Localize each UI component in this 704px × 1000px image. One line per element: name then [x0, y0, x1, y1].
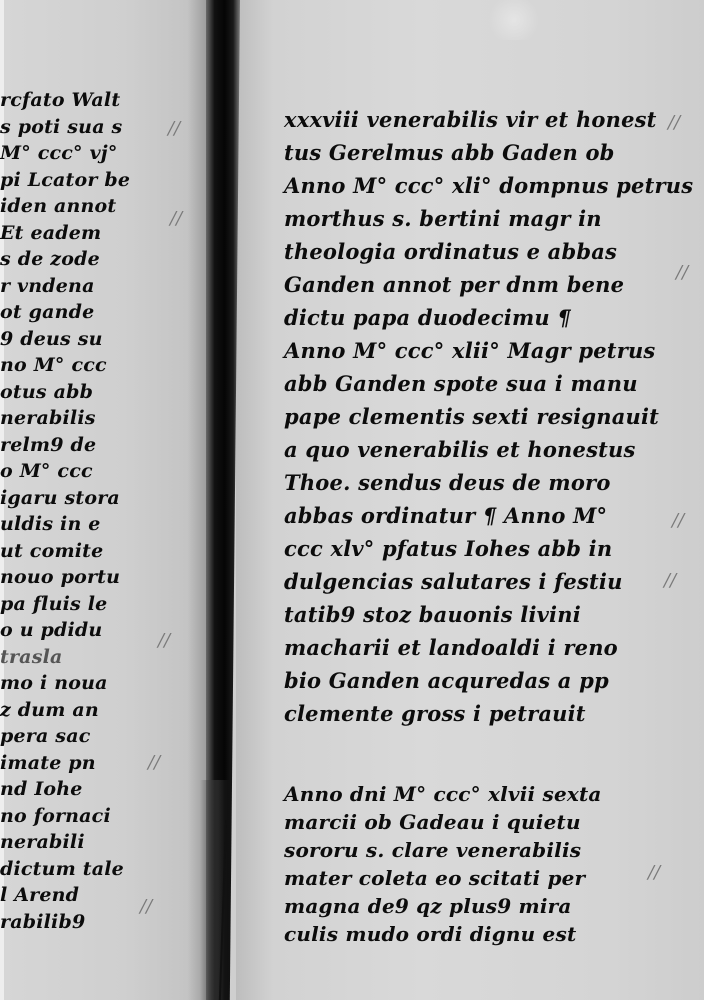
- right-line: Anno M° ccc° xlii° Magr petrus: [284, 334, 693, 367]
- gutter-shadow: [200, 780, 230, 1000]
- margin-mark: //: [170, 208, 182, 229]
- left-line: o M° ccc: [0, 458, 130, 485]
- left-line: Et eadem: [0, 220, 130, 247]
- right-line: mater coleta eo scitati per: [284, 864, 602, 892]
- right-line: Anno M° ccc° xli° dompnus petrus: [284, 169, 693, 202]
- left-line: uldis in e: [0, 511, 130, 538]
- right-line: dictu papa duodecimu ¶: [284, 301, 693, 334]
- left-line: no fornaci: [0, 803, 130, 830]
- margin-mark: //: [668, 112, 680, 133]
- left-line: rabilib9: [0, 909, 130, 936]
- margin-mark: //: [158, 630, 170, 651]
- right-line: morthus s. bertini magr in: [284, 202, 693, 235]
- right-line: tus Gerelmus abb Gaden ob: [284, 136, 693, 169]
- left-line: trasla: [0, 644, 130, 671]
- left-line: pi Lcator be: [0, 167, 130, 194]
- right-line: abb Ganden spote sua i manu: [284, 367, 693, 400]
- right-line: pape clementis sexti resignauit: [284, 400, 693, 433]
- right-line: clemente gross i petrauit: [284, 697, 693, 730]
- right-line: culis mudo ordi dignu est: [284, 920, 602, 948]
- left-line: M° ccc° vj°: [0, 140, 130, 167]
- right-line: a quo venerabilis et honestus: [284, 433, 693, 466]
- margin-mark: //: [664, 570, 676, 591]
- right-line: theologia ordinatus e abbas: [284, 235, 693, 268]
- right-page-upper-paragraph: xxxviii venerabilis vir et honest tus Ge…: [284, 103, 693, 730]
- right-line: magna de9 qz plus9 mira: [284, 892, 602, 920]
- right-line: xxxviii venerabilis vir et honest: [284, 103, 693, 136]
- right-line: dulgencias salutares i festiu: [284, 565, 693, 598]
- left-line: nouo portu: [0, 564, 130, 591]
- left-line: l Arend: [0, 882, 130, 909]
- left-line: s de zode: [0, 246, 130, 273]
- left-line: s poti sua s: [0, 114, 130, 141]
- left-line: rcfato Walt: [0, 87, 130, 114]
- left-line: nd Iohe: [0, 776, 130, 803]
- left-line: igaru stora: [0, 485, 130, 512]
- right-line: Anno dni M° ccc° xlvii sexta: [284, 780, 602, 808]
- left-line: r vndena: [0, 273, 130, 300]
- right-line: macharii et landoaldi i reno: [284, 631, 693, 664]
- margin-mark: //: [168, 118, 180, 139]
- right-line: abbas ordinatur ¶ Anno M°: [284, 499, 693, 532]
- left-line: mo i noua: [0, 670, 130, 697]
- right-line: ccc xlv° pfatus Iohes abb in: [284, 532, 693, 565]
- margin-mark: //: [148, 752, 160, 773]
- left-page-text: rcfato Walt s poti sua s M° ccc° vj° pi …: [0, 87, 130, 935]
- right-line: bio Ganden acquredas a pp: [284, 664, 693, 697]
- left-line: otus abb: [0, 379, 130, 406]
- left-line: iden annot: [0, 193, 130, 220]
- margin-mark: //: [140, 896, 152, 917]
- left-line: ot gande: [0, 299, 130, 326]
- left-line: 9 deus su: [0, 326, 130, 353]
- left-line: pa fluis le: [0, 591, 130, 618]
- margin-mark: //: [676, 262, 688, 283]
- left-line: relm9 de: [0, 432, 130, 459]
- left-line: nerabilis: [0, 405, 130, 432]
- left-line: o u pdidu: [0, 617, 130, 644]
- light-reflection: [484, 0, 544, 40]
- margin-mark: //: [648, 862, 660, 883]
- left-line: ut comite: [0, 538, 130, 565]
- right-line: marcii ob Gadeau i quietu: [284, 808, 602, 836]
- right-line: sororu s. clare venerabilis: [284, 836, 602, 864]
- left-line: no M° ccc: [0, 352, 130, 379]
- left-line: imate pn: [0, 750, 130, 777]
- margin-mark: //: [672, 510, 684, 531]
- right-line: Ganden annot per dnm bene: [284, 268, 693, 301]
- manuscript-photograph: rcfato Walt s poti sua s M° ccc° vj° pi …: [0, 0, 704, 1000]
- right-line: Thoe. sendus deus de moro: [284, 466, 693, 499]
- left-line: nerabili: [0, 829, 130, 856]
- left-line: pera sac: [0, 723, 130, 750]
- left-line: dictum tale: [0, 856, 130, 883]
- right-page-lower-paragraph: Anno dni M° ccc° xlvii sexta marcii ob G…: [284, 780, 602, 948]
- right-line: tatib9 stoz bauonis livini: [284, 598, 693, 631]
- left-line: z dum an: [0, 697, 130, 724]
